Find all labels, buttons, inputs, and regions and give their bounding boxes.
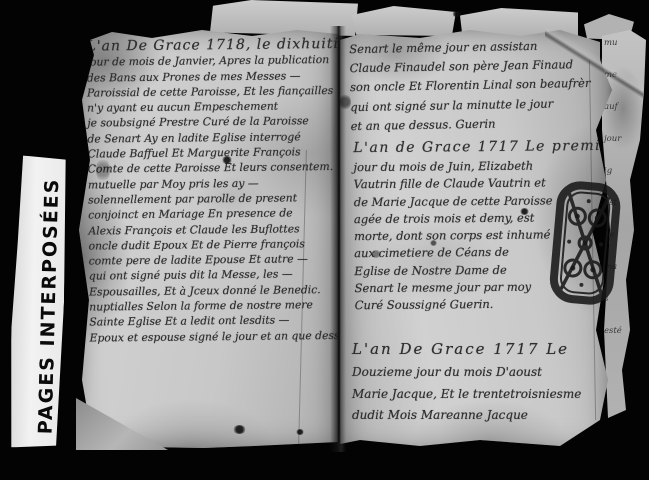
ink-stain: [430, 240, 437, 246]
manuscript-line: L'an de Grace 1717 Le premier: [353, 135, 619, 159]
manuscript-line: L'an De Grace 1717 Le: [352, 336, 581, 362]
ink-stain: [222, 156, 232, 164]
diagonal-tear: [545, 28, 643, 98]
ink-stain: [233, 425, 246, 434]
manuscript-line: Marie Jacque, Et le trentetroisniesme: [352, 384, 581, 406]
ink-stain: [452, 11, 462, 17]
edge-text-fragment: esté: [604, 326, 622, 336]
ink-stain: [520, 208, 529, 215]
smudge: [371, 250, 381, 258]
smudge: [339, 94, 351, 110]
edge-text-fragment: ig: [604, 166, 622, 176]
edge-text-fragment: auf: [604, 102, 622, 112]
manuscript-line: dudit Mois Mareanne Jacque: [352, 405, 581, 427]
manuscript-line: et an que dessus. Guerin: [351, 113, 592, 136]
ink-stamp-icon: [546, 178, 625, 309]
manuscript-line: Douzieme jour du mois D'aoust: [352, 362, 581, 384]
label-text: PAGES INTERPOSÉES: [35, 162, 64, 434]
manuscript-photograph: mumeaufjourigestnemasesté L'an De Grace …: [0, 0, 649, 480]
smudge: [96, 158, 110, 182]
ink-stain: [296, 429, 304, 435]
left-page: L'an De Grace 1718, le dixhuitiesmejour …: [72, 26, 338, 452]
book-gutter: [330, 26, 346, 452]
edge-text-fragment: jour: [604, 134, 622, 144]
right-page-paragraph-3: L'an De Grace 1717 LeDouzieme jour du mo…: [352, 336, 581, 427]
torn-paper-fragment: [352, 6, 456, 36]
archival-label-strip: PAGES INTERPOSÉES: [8, 155, 68, 448]
